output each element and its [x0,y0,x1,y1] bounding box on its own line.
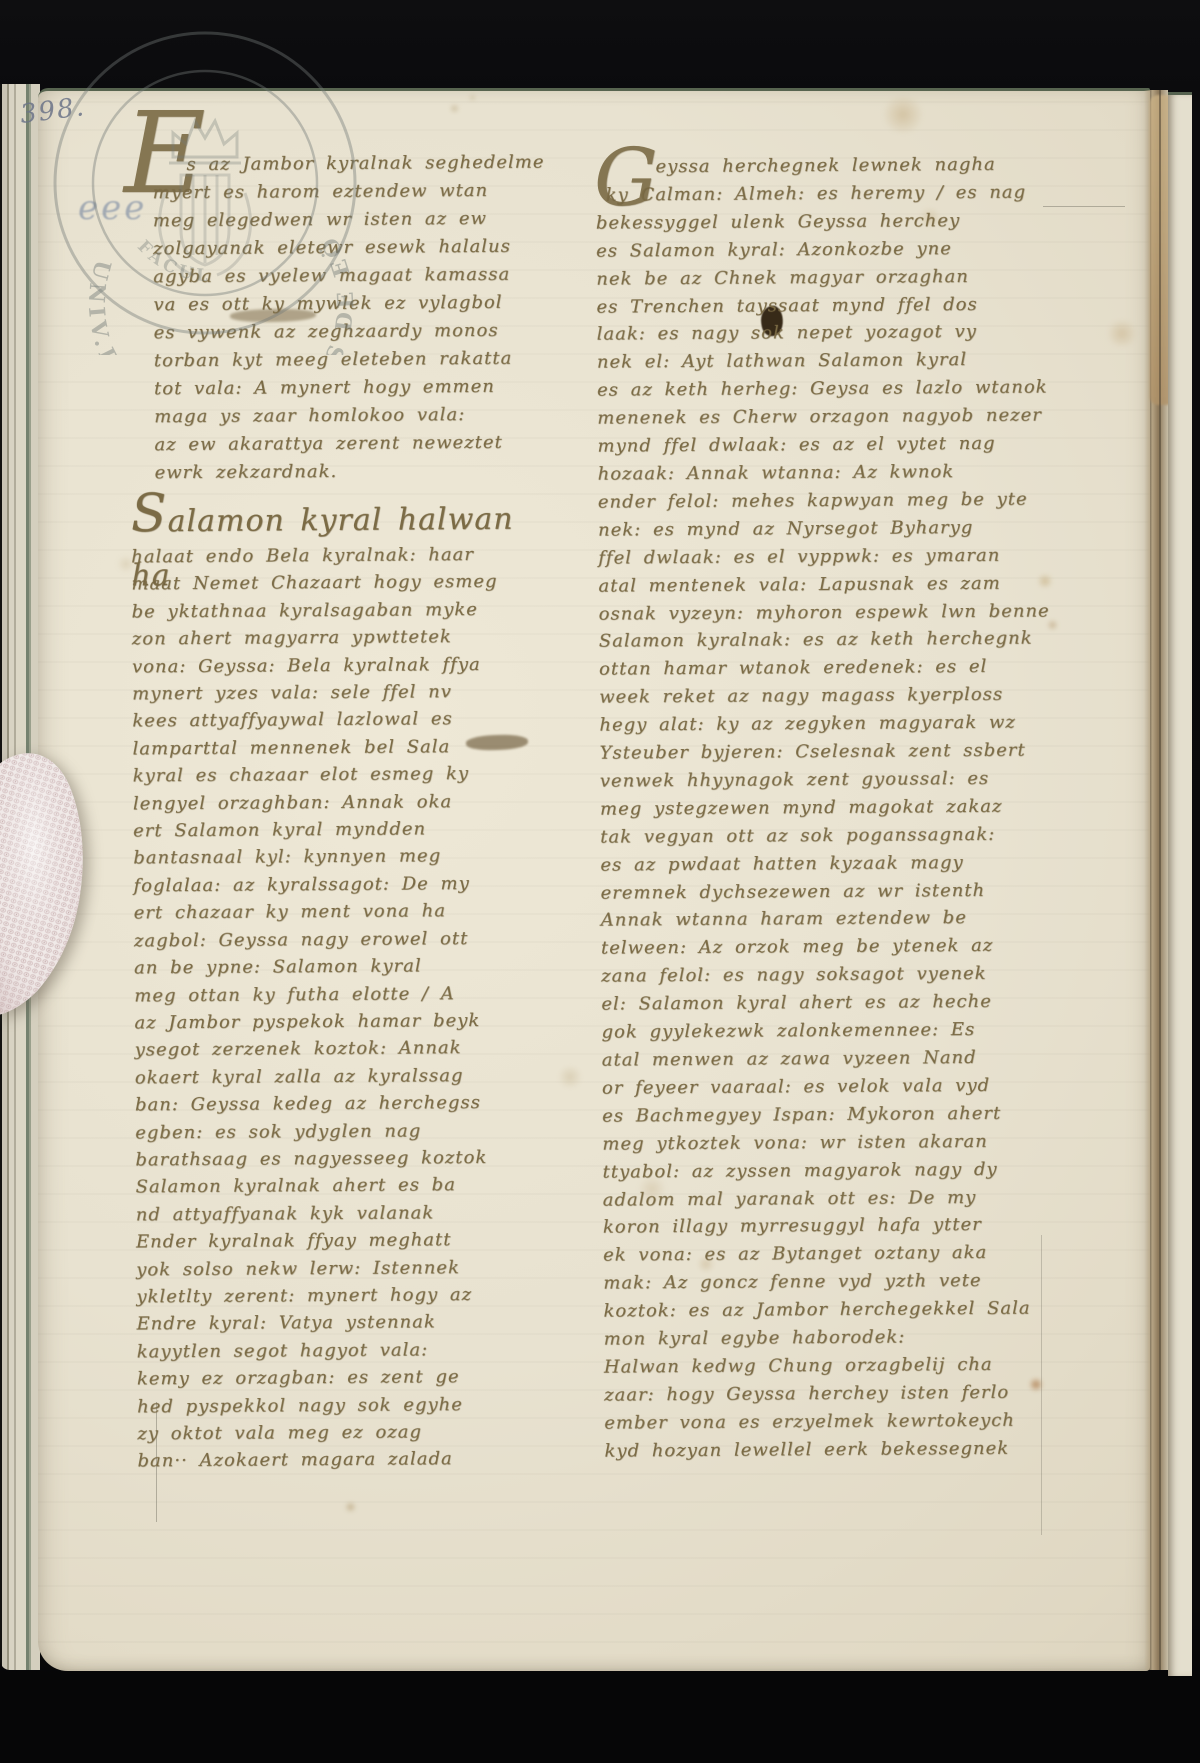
text-line: tak vegyan ott az sok poganssagnak: [600,820,1050,851]
text-line: zana felol: es nagy soksagot vyenek [601,960,1051,991]
text-line: gok gyylekezwk zalonkemennee: Es [601,1016,1051,1047]
text-line: nd attyaffyanak kyk valanak [136,1198,534,1228]
text-line: bekessyggel ulenk Geyssa herchey [596,206,1046,237]
text-line: osnak vyzeyn: myhoron espewk lwn benne [599,597,1049,628]
text-line: es az keth herheg: Geysa es lazlo wtanok [597,374,1047,405]
text-line: es Trenchen tayssaat mynd ffel dos [596,290,1046,321]
text-line: lengyel orzaghban: Annak oka [133,787,531,817]
text-line: Ysteuber byjeren: Cselesnak zent ssbert [600,736,1050,767]
text-line: venwek hhyynagok zent gyoussal: es [600,764,1050,795]
right-column: eyssa herchegnek lewnek naghaky Calman: … [595,150,1054,1465]
pencil-rule-horizontal [1043,206,1125,207]
text-line: ember vona es erzyelmek kewrtokeych [604,1406,1054,1437]
library-stamp-icon: UNIV.BUDAPESTINENSIS DE EÖTV FACUL [45,15,375,355]
text-line: halaat endo Bela kyralnak: haar [131,541,529,571]
text-line: mon kyral egybe haborodek: [604,1322,1054,1353]
text-line: meg ystegzewen mynd magokat zakaz [600,792,1050,823]
text-line: mynert yzes vala: sele ffel nv [132,678,530,708]
text-line: hegy alat: ky az zegyken magyarak wz [599,709,1049,740]
photograph-background: 398. eee UNIV.BUDAPESTINENSIS DE EÖTV FA… [0,0,1200,1763]
text-line: es az pwdaat hatten kyzaak magy [600,848,1050,879]
text-line: hozaak: Annak wtanna: Az kwnok [598,457,1048,488]
text-line: es Salamon kyral: Azonkozbe yne [596,234,1046,265]
text-line: nek: es mynd az Nyrsegot Byharyg [598,513,1048,544]
text-line: ert Salamon kyral myndden [133,815,531,845]
text-line: ewrk zekzardnak. [131,457,529,488]
text-line: ffel dwlaak: es el vyppwk: es ymaran [598,541,1048,572]
text-line: vona: Geyssa: Bela kyralnak ffya [132,650,530,680]
text-line: ban·· Azokaert magara zalada [137,1445,535,1475]
text-line: ky Calman: Almeh: es heremy / es nag [596,178,1046,209]
right-column-body: eyssa herchegnek lewnek naghaky Calman: … [595,150,1054,1465]
text-line: foglalaa: az kyralssagot: De my [133,869,531,899]
text-line: hed pyspekkol nagy sok egyhe [137,1390,535,1420]
text-line: be yktathnaa kyralsagaban myke [132,595,530,625]
text-line: nek be az Chnek magyar orzaghan [596,262,1046,293]
text-line: es Bachmegyey Ispan: Mykoron ahert [602,1099,1052,1130]
text-line: bantasnaal kyl: kynnyen meg [133,842,531,872]
text-line: kees attyaffyaywal lazlowal es [132,705,530,735]
text-line: ert chazaar ky ment vona ha [134,897,532,927]
text-line: koztok: es az Jambor herchegekkel Sala [603,1295,1053,1326]
text-line: zy oktot vala meg ez ozag [137,1418,535,1448]
text-line: okaert kyral zalla az kyralssag [135,1061,533,1091]
text-line: ottan hamar wtanok eredenek: es el [599,653,1049,684]
text-line: Salamon kyralnak ahert es ba [136,1171,534,1201]
text-line: Ender kyralnak ffyay meghatt [136,1226,534,1256]
text-line: ysegot zerzenek koztok: Annak [135,1034,533,1064]
text-line: eremnek dychsezewen az wr istenth [600,876,1050,907]
text-line: menenek es Cherw orzagon nagyob nezer [597,402,1047,433]
text-line: adalom mal yaranak ott es: De my [603,1183,1053,1214]
text-line: an be ypne: Salamon kyral [134,952,532,982]
text-line: lamparttal mennenek bel Sala [132,732,530,762]
text-line: zagbol: Geyssa nagy erowel ott [134,924,532,954]
text-line: egben: es sok ydyglen nag [135,1116,533,1146]
next-page-edge [1168,92,1192,1676]
text-line: ttyabol: az zyssen magyarok nagy dy [602,1155,1052,1186]
text-line: az Jambor pyspekok hamar beyk [134,1007,532,1037]
text-line: or feyeer vaaraal: es velok vala vyd [602,1071,1052,1102]
text-line: week reket az nagy magass kyerploss [599,681,1049,712]
text-line: Annak wtanna haram eztendew be [601,904,1051,935]
text-line: meg ytkoztek vona: wr isten akaran [602,1127,1052,1158]
stamp-crown-icon [169,121,241,163]
text-line: laak: es nagy sok nepet yozagot vy [597,318,1047,349]
text-line: zon ahert magyarra ypwttetek [132,623,530,653]
text-line: kemy ez orzagban: es zent ge [137,1363,535,1393]
text-line: koron illagy myrresuggyl hafa ytter [603,1211,1053,1242]
stamp-crest-icon [159,175,250,275]
text-line: maga ys zaar homlokoo vala: [130,401,528,432]
section-heading: Salamon kyral halwan ha [131,485,529,544]
crease-shadow-line [1159,90,1161,1670]
text-line: Halwan kedwg Chung orzagbelij cha [604,1350,1054,1381]
text-line: Endre kyral: Vatya ystennak [136,1308,534,1338]
text-line: ender felol: mehes kapwyan meg be yte [598,485,1048,516]
text-line: mynd ffel dwlaak: es az el vytet nag [597,430,1047,461]
text-line: barathsaag es nagyesseeg koztok [135,1144,533,1174]
text-line: Salamon kyralnak: es az keth herchegnk [599,625,1049,656]
text-line: ek vona: es az Bytanget oztany aka [603,1239,1053,1270]
text-line: maat Nemet Chazaart hogy esmeg [131,568,529,598]
text-line: az ew akarattya zerent neweztet [130,429,528,460]
left-column-body: halaat endo Bela kyralnak: haarmaat Neme… [131,541,535,1476]
text-line: atal menwen az zawa vyzeen Nand [602,1043,1052,1074]
text-line: kyral es chazaar elot esmeg ky [133,760,531,790]
text-line: zaar: hogy Geyssa herchey isten ferlo [604,1378,1054,1409]
text-line: ban: Geyssa kedeg az herchegss [135,1089,533,1119]
text-line: el: Salamon kyral ahert es az heche [601,988,1051,1019]
text-line: meg ottan ky futha elotte / A [134,979,532,1009]
glove-thumb [0,735,108,1040]
text-line: kayytlen segot hagyot vala: [137,1335,535,1365]
text-line: eyssa herchegnek lewnek nagha [595,150,1045,181]
text-line: atal mentenek vala: Lapusnak es zam [598,569,1048,600]
text-line: yok solso nekw lerw: Istennek [136,1253,534,1283]
text-line: telween: Az orzok meg be ytenek az [601,932,1051,963]
text-line: kyd hozyan lewellel eerk bekessegnek [604,1434,1054,1465]
text-line: tot vala: A mynert hogy emmen [130,373,528,404]
text-line: nek el: Ayt lathwan Salamon kyral [597,346,1047,377]
text-line: mak: Az goncz fenne vyd yzth vete [603,1267,1053,1298]
text-line: ykletlty zerent: mynert hogy az [136,1281,534,1311]
